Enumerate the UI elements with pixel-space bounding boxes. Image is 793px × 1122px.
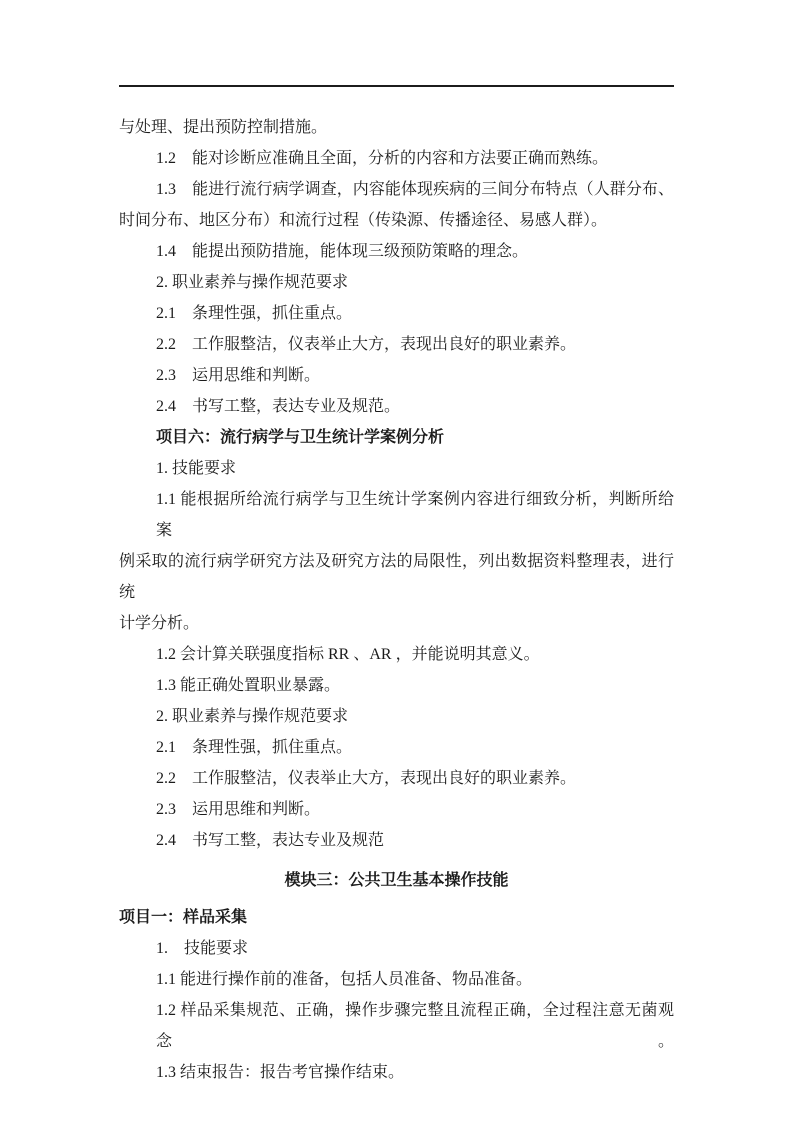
doc-line-item-1-3c: 1.3 结束报告：报告考官操作结束。 [119, 1057, 674, 1088]
doc-line-item-2-1b: 2.1 条理性强，抓住重点。 [119, 732, 674, 763]
doc-line-item-1-2b: 1.2 会计算关联强度指标 RR 、AR ，并能说明其意义。 [119, 639, 674, 670]
doc-line-item-1-3-cont: 时间分布、地区分布）和流行过程（传染源、传播途径、易感人群）。 [119, 205, 674, 236]
doc-line-item-1-1-cont: 例采取的流行病学研究方法及研究方法的局限性，列出数据资料整理表，进行统 [119, 546, 674, 608]
doc-line-skill-req: 1. 技能要求 [119, 453, 674, 484]
document-body: 与处理、提出预防控制措施。 1.2 能对诊断应准确且全面，分析的内容和方法要正确… [119, 87, 674, 1088]
doc-line-item-1-2c: 1.2 样品采集规范、正确，操作步骤完整且流程正确，全过程注意无菌观念。 [119, 995, 674, 1057]
doc-line-item-1-1b: 1.1 能进行操作前的准备，包括人员准备、物品准备。 [119, 964, 674, 995]
doc-line-item-1-2: 1.2 能对诊断应准确且全面，分析的内容和方法要正确而熟练。 [119, 143, 674, 174]
doc-line-section-2: 2. 职业素养与操作规范要求 [119, 267, 674, 298]
heading-module-3: 模块三：公共卫生基本操作技能 [119, 865, 674, 896]
doc-line-item-2-2: 2.2 工作服整洁，仪表举止大方，表现出良好的职业素养。 [119, 329, 674, 360]
paragraph-continuation-line: 与处理、提出预防控制措施。 [119, 112, 674, 143]
doc-line-item-2-4: 2.4 书写工整，表达专业及规范。 [119, 391, 674, 422]
doc-line-item-1-1: 1.1 能根据所给流行病学与卫生统计学案例内容进行细致分析，判断所给案 [119, 484, 674, 546]
doc-line-item-2-3: 2.3 运用思维和判断。 [119, 360, 674, 391]
doc-line-item-2-3b: 2.3 运用思维和判断。 [119, 794, 674, 825]
doc-line-item-2-4b: 2.4 书写工整，表达专业及规范 [119, 825, 674, 856]
doc-line-item-1-3: 1.3 能进行流行病学调查，内容能体现疾病的三间分布特点（人群分布、 [119, 174, 674, 205]
doc-line-section-2b: 2. 职业素养与操作规范要求 [119, 701, 674, 732]
doc-line-item-1-1-end: 计学分析。 [119, 608, 674, 639]
doc-line-item-2-1: 2.1 条理性强，抓住重点。 [119, 298, 674, 329]
doc-line-item-1-4: 1.4 能提出预防措施，能体现三级预防策略的理念。 [119, 236, 674, 267]
doc-line-item-2-2b: 2.2 工作服整洁，仪表举止大方，表现出良好的职业素养。 [119, 763, 674, 794]
heading-project-6: 项目六：流行病学与卫生统计学案例分析 [119, 422, 674, 453]
heading-project-1: 项目一：样品采集 [119, 902, 674, 933]
doc-line-item-1-3b: 1.3 能正确处置职业暴露。 [119, 670, 674, 701]
document-page: 与处理、提出预防控制措施。 1.2 能对诊断应准确且全面，分析的内容和方法要正确… [0, 0, 793, 1122]
doc-line-skill-req-2: 1. 技能要求 [119, 933, 674, 964]
